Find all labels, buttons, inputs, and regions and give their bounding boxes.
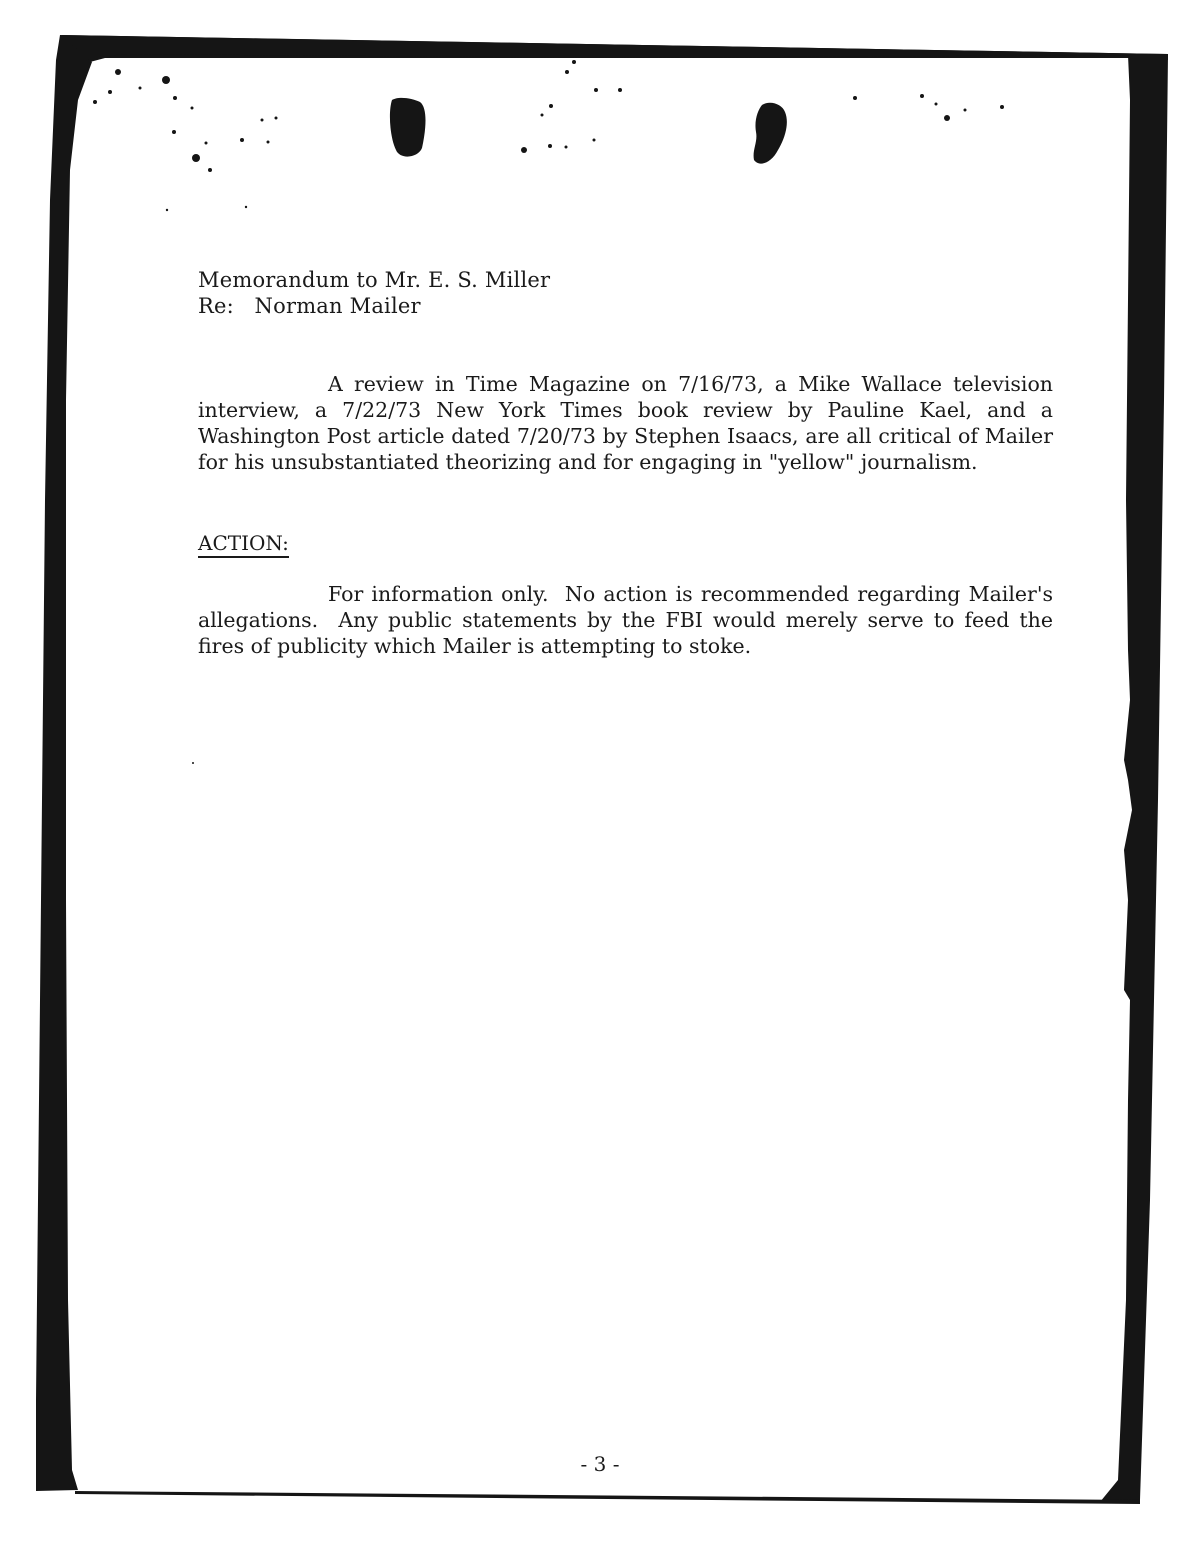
scan-border-left <box>36 35 92 1491</box>
scan-border-artifacts <box>0 0 1200 1551</box>
punch-hole-blot-right <box>754 103 787 164</box>
scan-border-bottom <box>75 1491 1140 1504</box>
body-paragraph-reviews: A review in Time Magazine on 7/16/73, a … <box>198 371 1053 475</box>
page-number: - 3 - <box>0 1452 1200 1476</box>
memo-addressee-line: Memorandum to Mr. E. S. Miller <box>198 268 550 292</box>
action-heading: ACTION: <box>198 531 289 558</box>
body-paragraph-action: For information only. No action is recom… <box>198 581 1053 659</box>
scanned-page: Memorandum to Mr. E. S. Miller Re: Norma… <box>0 0 1200 1551</box>
scan-border-right <box>1100 54 1168 1502</box>
punch-hole-blot-left <box>390 98 426 157</box>
memo-subject-line: Re: Norman Mailer <box>198 294 421 318</box>
